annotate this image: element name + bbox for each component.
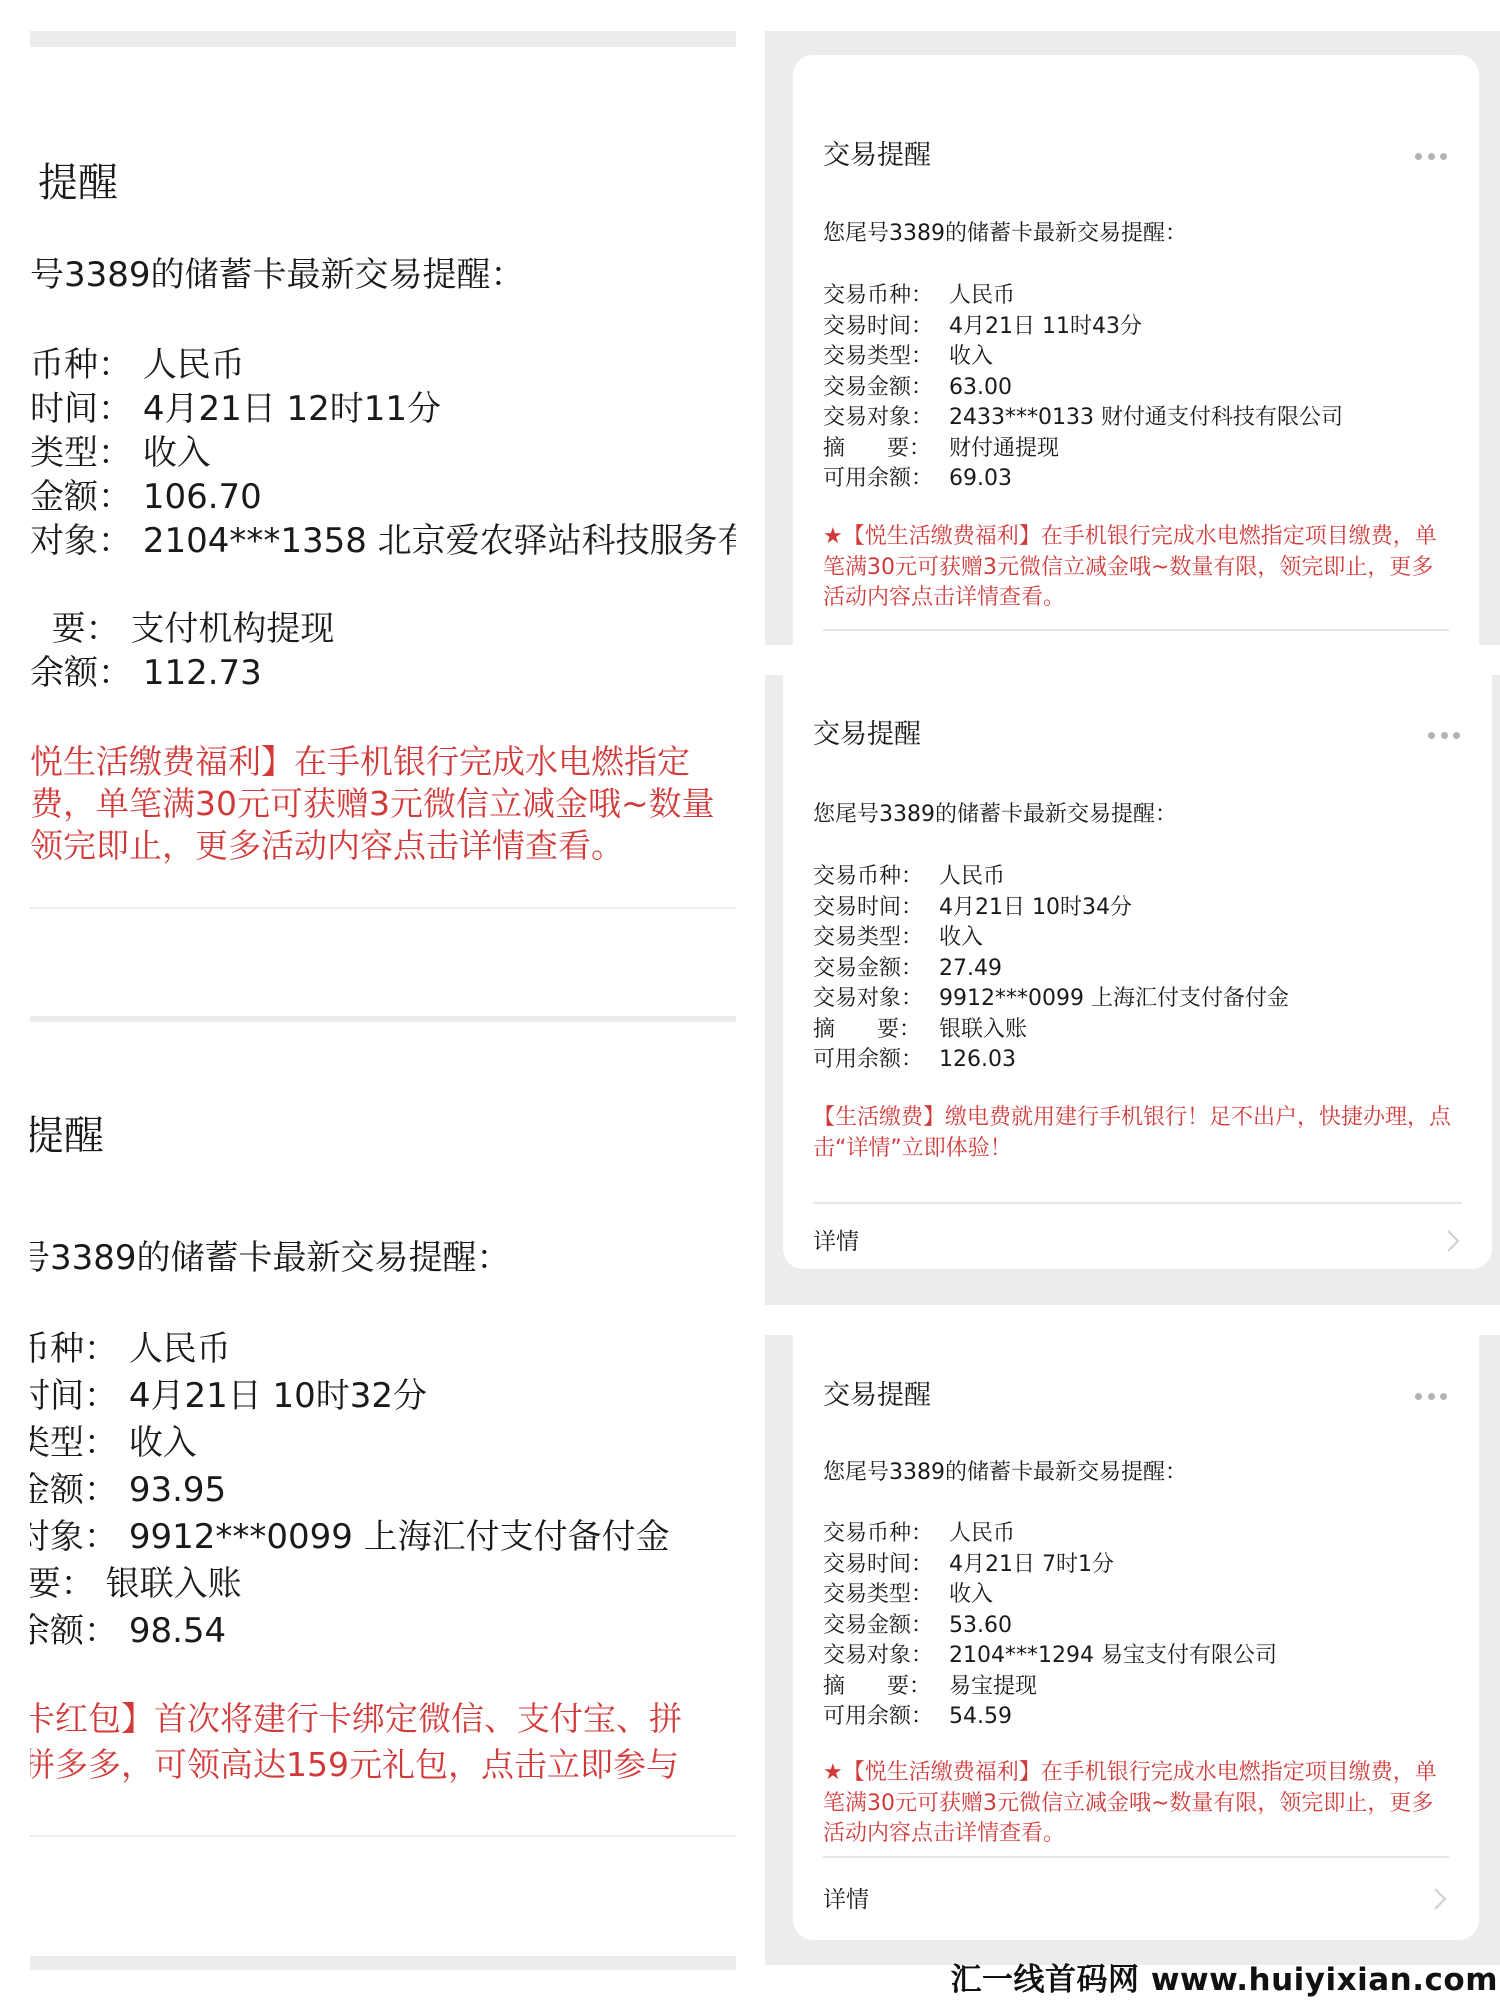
row-amount: 金额： 93.95 — [30, 1467, 670, 1514]
row-type: 交易类型：收入 — [823, 1580, 1277, 1611]
row-balance: 余额： 112.73 — [30, 651, 736, 695]
transaction-card-3: 交易提醒 您尾号3389的储蓄卡最新交易提醒： 交易币种：人民币 交易时间：4月… — [793, 1335, 1479, 1940]
more-options-icon[interactable] — [1428, 730, 1460, 740]
card-intro: 您尾号3389的储蓄卡最新交易提醒： — [813, 800, 1177, 830]
card-title: 交易提醒 — [823, 139, 931, 173]
row-summary: 要： 支付机构提现 — [30, 607, 736, 651]
divider — [813, 1202, 1462, 1204]
row-time: 交易时间：4月21日 11时43分 — [823, 312, 1343, 343]
right-panel-1: 交易提醒 您尾号3389的储蓄卡最新交易提醒： 交易币种：人民币 交易时间：4月… — [765, 31, 1500, 645]
row-time: 交易时间：4月21日 7时1分 — [823, 1550, 1277, 1581]
transaction-card-2: 交易提醒 您尾号3389的储蓄卡最新交易提醒： 交易币种：人民币 交易时间：4月… — [783, 675, 1492, 1269]
notification-intro: 号3389的储蓄卡最新交易提醒： — [30, 1236, 511, 1280]
promo-text: ★【悦生活缴费福利】在手机银行完成水电燃指定项目缴费，单笔满30元可获赠3元微信… — [823, 522, 1449, 614]
row-counterparty: 交易对象：2433***0133 财付通支付科技有限公司 — [823, 403, 1343, 434]
chevron-right-icon — [1433, 1887, 1447, 1911]
left-notification-panel-1: 提醒 号3389的储蓄卡最新交易提醒： 币种： 人民币 时间： 4月21日 12… — [30, 31, 736, 1016]
card-intro: 您尾号3389的储蓄卡最新交易提醒： — [823, 1458, 1187, 1488]
card-header: 交易提醒 — [823, 1379, 1449, 1439]
row-summary: 摘 要：易宝提现 — [823, 1672, 1277, 1703]
row-type: 类型： 收入 — [30, 431, 736, 475]
row-counterparty: 对象： 9912***0099 上海汇付支付备付金 — [30, 1514, 670, 1561]
row-summary: 摘 要：财付通提现 — [823, 434, 1343, 465]
row-balance: 可用余额：126.03 — [813, 1045, 1289, 1076]
promo-text: 【生活缴费】缴电费就用建行手机银行！足不出户，快捷办理，点击“详情”立即体验！ — [813, 1103, 1452, 1164]
row-time: 时间： 4月21日 12时11分 — [30, 387, 736, 431]
row-amount: 金额： 106.70 — [30, 475, 736, 519]
row-counterparty: 交易对象：2104***1294 易宝支付有限公司 — [823, 1641, 1277, 1672]
row-type: 交易类型：收入 — [823, 342, 1343, 373]
row-time: 时间： 4月21日 10时32分 — [30, 1373, 670, 1420]
right-panel-3: 交易提醒 您尾号3389的储蓄卡最新交易提醒： 交易币种：人民币 交易时间：4月… — [765, 1335, 1500, 1965]
row-counterparty: 交易对象：9912***0099 上海汇付支付备付金 — [813, 984, 1289, 1015]
row-currency: 交易币种：人民币 — [823, 281, 1343, 312]
transaction-card-1: 交易提醒 您尾号3389的储蓄卡最新交易提醒： 交易币种：人民币 交易时间：4月… — [793, 55, 1479, 645]
row-amount: 交易金额：27.49 — [813, 954, 1289, 985]
row-balance: 余额： 98.54 — [30, 1608, 670, 1655]
detail-label: 详情 — [813, 1227, 859, 1257]
detail-link[interactable]: 详情 — [823, 1881, 1449, 1921]
divider — [30, 1835, 736, 1837]
detail-rows: 币种： 人民币 时间： 4月21日 10时32分 类型： 收入 金额： 93.9… — [30, 1326, 670, 1655]
notification-title: 提醒 — [38, 159, 118, 207]
row-amount: 交易金额：53.60 — [823, 1611, 1277, 1642]
right-panel-2: 交易提醒 您尾号3389的储蓄卡最新交易提醒： 交易币种：人民币 交易时间：4月… — [765, 675, 1500, 1305]
row-currency: 币种： 人民币 — [30, 1326, 670, 1373]
divider — [823, 629, 1449, 631]
row-balance: 可用余额：54.59 — [823, 1702, 1277, 1733]
detail-rows: 交易币种：人民币 交易时间：4月21日 11时43分 交易类型：收入 交易金额：… — [823, 281, 1343, 495]
detail-rows: 币种： 人民币 时间： 4月21日 12时11分 类型： 收入 金额： 106.… — [30, 343, 736, 695]
detail-label: 详情 — [823, 1885, 869, 1915]
card-title: 交易提醒 — [813, 718, 921, 752]
chevron-right-icon — [1446, 1229, 1460, 1253]
row-summary: 要： 银联入账 — [30, 1561, 670, 1608]
row-balance: 可用余额：69.03 — [823, 464, 1343, 495]
card-header: 交易提醒 — [813, 718, 1462, 778]
promo-text: ★【悦生活缴费福利】在手机银行完成水电燃指定项目缴费，单笔满30元可获赠3元微信… — [823, 1758, 1449, 1850]
row-type: 交易类型：收入 — [813, 923, 1289, 954]
row-time: 交易时间：4月21日 10时34分 — [813, 893, 1289, 924]
more-options-icon[interactable] — [1415, 151, 1447, 161]
row-currency: 交易币种：人民币 — [823, 1519, 1277, 1550]
more-options-icon[interactable] — [1415, 1391, 1447, 1401]
notification-intro: 号3389的储蓄卡最新交易提醒： — [30, 253, 525, 297]
promo-text: 悦生活缴费福利】在手机银行完成水电燃指定 费，单笔满30元可获赠3元微信立减金哦… — [30, 741, 715, 867]
detail-rows: 交易币种：人民币 交易时间：4月21日 7时1分 交易类型：收入 交易金额：53… — [823, 1519, 1277, 1733]
notification-title: 提醒 — [30, 1112, 104, 1160]
row-amount: 交易金额：63.00 — [823, 373, 1343, 404]
card-intro: 您尾号3389的储蓄卡最新交易提醒： — [823, 219, 1187, 249]
row-currency: 交易币种：人民币 — [813, 862, 1289, 893]
card-header: 交易提醒 — [823, 139, 1449, 199]
divider — [30, 907, 736, 909]
left-notification-panel-2: 提醒 号3389的储蓄卡最新交易提醒： 币种： 人民币 时间： 4月21日 10… — [30, 1016, 736, 1970]
bottom-gray-band — [30, 1956, 736, 1970]
detail-rows: 交易币种：人民币 交易时间：4月21日 10时34分 交易类型：收入 交易金额：… — [813, 862, 1289, 1076]
site-watermark: 汇一线首码网 www.huiyixian.com — [951, 1962, 1498, 1998]
row-type: 类型： 收入 — [30, 1420, 670, 1467]
top-gray-band — [30, 1016, 736, 1022]
row-summary: 摘 要：银联入账 — [813, 1015, 1289, 1046]
detail-link[interactable]: 详情 — [813, 1223, 1462, 1263]
card-title: 交易提醒 — [823, 1379, 931, 1413]
promo-text: 卡红包】首次将建行卡绑定微信、支付宝、拼 拼多多，可领高达159元礼包，点击立即… — [30, 1696, 682, 1788]
row-currency: 币种： 人民币 — [30, 343, 736, 387]
row-counterparty: 对象： 2104***1358 北京爱农驿站科技服务有 — [30, 519, 736, 563]
top-gray-band — [30, 31, 736, 47]
divider — [823, 1856, 1449, 1858]
row-blank — [30, 563, 736, 607]
